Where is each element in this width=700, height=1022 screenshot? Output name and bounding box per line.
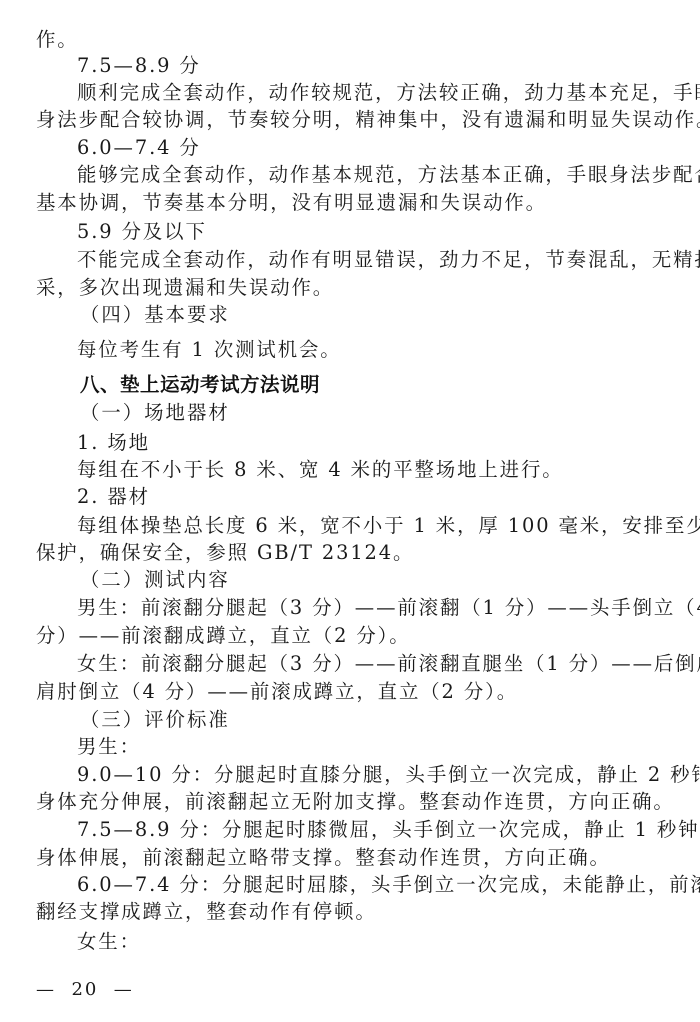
- text-line: 男生：前滚翻分腿起（3 分）——前滚翻（1 分）——头手倒立（4: [77, 594, 677, 622]
- subsection-heading: （二）测试内容: [80, 566, 700, 594]
- document-page: 作。7.5—8.9 分顺利完成全套动作，动作较规范，方法较正确，劲力基本充足，手…: [0, 0, 700, 1022]
- text-line: 身体伸展，前滚翻起立略带支撑。整套动作连贯，方向正确。: [36, 844, 676, 872]
- section-heading: 八、垫上运动考试方法说明: [80, 371, 700, 399]
- text-line: 女生：: [77, 928, 677, 956]
- subsection-heading: （三）评价标准: [80, 706, 700, 734]
- text-line: 翻经支撑成蹲立，整套动作有停顿。: [36, 898, 676, 926]
- text-line: 作。: [36, 26, 676, 54]
- text-line: 每组在不小于长 8 米、宽 4 米的平整场地上进行。: [77, 456, 677, 484]
- text-line: 能够完成全套动作，动作基本规范，方法基本正确，手眼身法步配合: [77, 161, 677, 189]
- text-line: 不能完成全套动作，动作有明显错误，劲力不足，节奏混乱，无精打: [77, 246, 677, 274]
- text-line: 分）——前滚翻成蹲立，直立（2 分）。: [36, 622, 676, 650]
- text-line: 9.0—10 分：分腿起时直膝分腿，头手倒立一次完成，静止 2 秒钟，: [77, 761, 677, 789]
- text-line: 1. 场地: [77, 429, 677, 457]
- text-line: 每组体操垫总长度 6 米，宽不小于 1 米，厚 100 毫米，安排至少一人: [77, 512, 677, 540]
- text-line: 女生：前滚翻分腿起（3 分）——前滚翻直腿坐（1 分）——后倒成: [77, 650, 677, 678]
- subsection-heading: （一）场地器材: [80, 399, 700, 427]
- text-line: 男生：: [77, 733, 677, 761]
- text-line: 身体充分伸展，前滚翻起立无附加支撑。整套动作连贯，方向正确。: [36, 788, 676, 816]
- page-number: — 20 —: [36, 976, 134, 1004]
- text-line: 身法步配合较协调，节奏较分明，精神集中，没有遗漏和明显失误动作。: [36, 106, 676, 134]
- text-line: 肩肘倒立（4 分）——前滚成蹲立，直立（2 分）。: [36, 678, 676, 706]
- text-line: 基本协调，节奏基本分明，没有明显遗漏和失误动作。: [36, 189, 676, 217]
- text-line: 7.5—8.9 分: [77, 52, 677, 80]
- text-line: 6.0—7.4 分: [77, 134, 677, 162]
- text-line: 顺利完成全套动作，动作较规范，方法较正确，劲力基本充足，手眼: [77, 79, 677, 107]
- text-line: 5.9 分及以下: [77, 218, 677, 246]
- text-line: 每位考生有 1 次测试机会。: [77, 336, 677, 364]
- text-line: 采，多次出现遗漏和失误动作。: [36, 274, 676, 302]
- subsection-heading: （四）基本要求: [80, 301, 700, 329]
- text-line: 7.5—8.9 分：分腿起时膝微屈，头手倒立一次完成，静止 1 秒钟，: [77, 816, 677, 844]
- text-line: 2. 器材: [77, 483, 677, 511]
- text-line: 6.0—7.4 分：分腿起时屈膝，头手倒立一次完成，未能静止，前滚: [77, 871, 677, 899]
- text-line: 保护，确保安全，参照 GB/T 23124。: [36, 539, 676, 567]
